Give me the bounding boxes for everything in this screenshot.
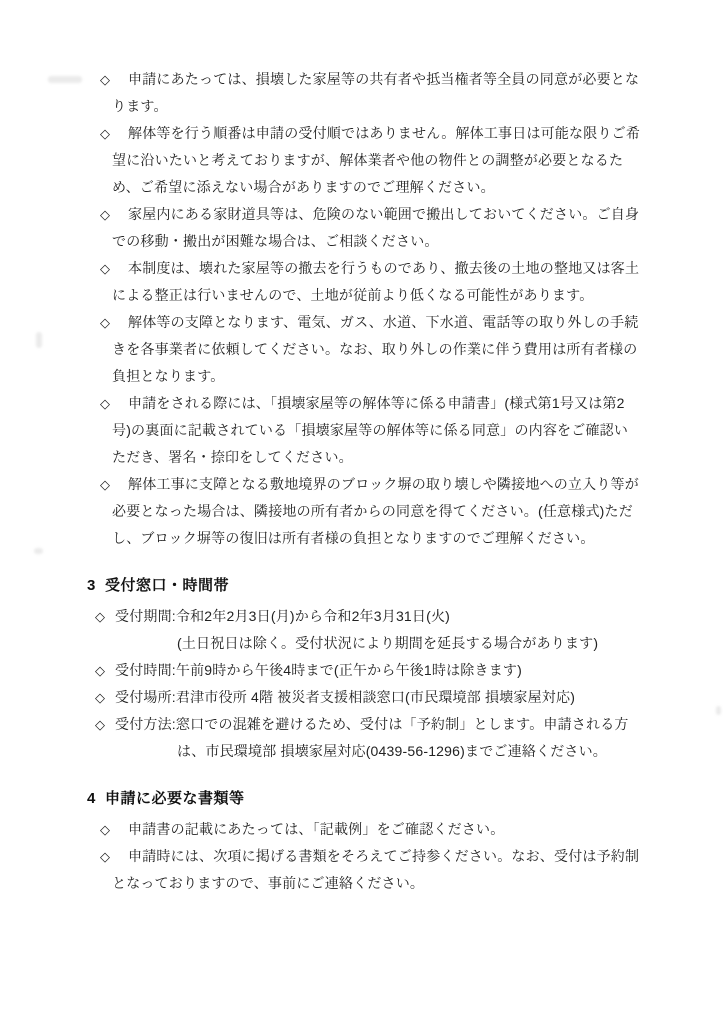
note-item: ◇申請をされる際には、「損壊家屋等の解体等に係る申請書」(様式第1号又は第2号)… xyxy=(112,390,642,471)
document-page: ◇申請にあたっては、損壊した家屋等の共有者や抵当権者等全員の同意が必要となります… xyxy=(0,0,724,1024)
diamond-bullet-icon: ◇ xyxy=(100,471,128,498)
section-number: 3 xyxy=(87,572,105,599)
reception-method-cont: は、市民環境部 損壊家屋対応(0439-56-1296)までご連絡ください。 xyxy=(0,738,724,765)
note-text: 申請書の記載にあたっては、「記載例」をご確認ください。 xyxy=(128,821,504,837)
diamond-bullet-icon: ◇ xyxy=(100,120,128,147)
note-text: 申請時には、次項に掲げる書類をそろえてご持参ください。なお、受付は予約制となって… xyxy=(112,848,639,891)
diamond-bullet-icon: ◇ xyxy=(100,390,128,417)
note-text: 申請をされる際には、「損壊家屋等の解体等に係る申請書」(様式第1号又は第2号)の… xyxy=(112,395,628,465)
note-item: ◇家屋内にある家財道具等は、危険のない範囲で搬出しておいてください。ご自身での移… xyxy=(112,201,642,255)
diamond-bullet-icon: ◇ xyxy=(100,255,128,282)
note-text: 解体工事に支障となる敷地境界のブロック塀の取り壊しや隣接地への立入り等が必要とな… xyxy=(112,476,639,546)
reception-period-note: (土日祝日は除く。受付状況により期間を延長する場合があります) xyxy=(0,630,724,657)
reception-hours-line: ◇受付時間:午前9時から午後4時まで(正午から午後1時は除きます) xyxy=(0,657,724,684)
diamond-bullet-icon: ◇ xyxy=(95,684,115,711)
note-item: ◇本制度は、壊れた家屋等の撤去を行うものであり、撤去後の土地の整地又は客土による… xyxy=(112,255,642,309)
reception-place-line: ◇受付場所:君津市役所 4階 被災者支援相談窓口(市民環境部 損壊家屋対応) xyxy=(0,684,724,711)
note-item: ◇解体等を行う順番は申請の受付順ではありません。解体工事日は可能な限りご希望に沿… xyxy=(112,120,642,201)
diamond-bullet-icon: ◇ xyxy=(100,309,128,336)
reception-line-text: 受付期間:令和2年2月3日(月)から令和2年3月31日(火) xyxy=(115,608,450,624)
section-title: 申請に必要な書類等 xyxy=(105,790,245,807)
diamond-bullet-icon: ◇ xyxy=(100,843,128,870)
note-item: ◇解体工事に支障となる敷地境界のブロック塀の取り壊しや隣接地への立入り等が必要と… xyxy=(112,471,642,552)
diamond-bullet-icon: ◇ xyxy=(95,657,115,684)
reception-period-line: ◇受付期間:令和2年2月3日(月)から令和2年3月31日(火) xyxy=(0,603,724,630)
section-heading-reception: 3受付窓口・時間帯 xyxy=(87,572,724,599)
section-title: 受付窓口・時間帯 xyxy=(105,577,229,594)
diamond-bullet-icon: ◇ xyxy=(100,201,128,228)
reception-line-text: 受付場所:君津市役所 4階 被災者支援相談窓口(市民環境部 損壊家屋対応) xyxy=(115,689,575,705)
note-item: ◇申請にあたっては、損壊した家屋等の共有者や抵当権者等全員の同意が必要となります… xyxy=(112,66,642,120)
note-text: 申請にあたっては、損壊した家屋等の共有者や抵当権者等全員の同意が必要となります。 xyxy=(112,71,639,114)
reception-section: 3受付窓口・時間帯 ◇受付期間:令和2年2月3日(月)から令和2年3月31日(火… xyxy=(0,572,724,765)
note-item: ◇申請書の記載にあたっては、「記載例」をご確認ください。 xyxy=(112,816,642,843)
reception-line-text: 受付方法:窓口での混雑を避けるため、受付は「予約制」とします。申請される方 xyxy=(115,716,629,732)
section-number: 4 xyxy=(87,785,105,812)
notes-section: ◇申請にあたっては、損壊した家屋等の共有者や抵当権者等全員の同意が必要となります… xyxy=(0,66,724,552)
diamond-bullet-icon: ◇ xyxy=(95,711,115,738)
note-text: 本制度は、壊れた家屋等の撤去を行うものであり、撤去後の土地の整地又は客土による整… xyxy=(112,260,639,303)
documents-section: 4申請に必要な書類等 ◇申請書の記載にあたっては、「記載例」をご確認ください。 … xyxy=(0,785,724,897)
note-item: ◇申請時には、次項に掲げる書類をそろえてご持参ください。なお、受付は予約制となっ… xyxy=(112,843,642,897)
reception-line-text: は、市民環境部 損壊家屋対応(0439-56-1296)までご連絡ください。 xyxy=(177,743,607,759)
diamond-bullet-icon: ◇ xyxy=(95,603,115,630)
note-item: ◇解体等の支障となります、電気、ガス、水道、下水道、電話等の取り外しの手続きを各… xyxy=(112,309,642,390)
reception-line-text: (土日祝日は除く。受付状況により期間を延長する場合があります) xyxy=(177,635,598,651)
diamond-bullet-icon: ◇ xyxy=(100,816,128,843)
note-text: 家屋内にある家財道具等は、危険のない範囲で搬出しておいてください。ご自身での移動… xyxy=(112,206,639,249)
diamond-bullet-icon: ◇ xyxy=(100,66,128,93)
reception-method-line: ◇受付方法:窓口での混雑を避けるため、受付は「予約制」とします。申請される方 xyxy=(0,711,724,738)
note-text: 解体等を行う順番は申請の受付順ではありません。解体工事日は可能な限りご希望に沿い… xyxy=(112,125,640,195)
note-text: 解体等の支障となります、電気、ガス、水道、下水道、電話等の取り外しの手続きを各事… xyxy=(112,314,639,384)
section-heading-documents: 4申請に必要な書類等 xyxy=(87,785,724,812)
reception-line-text: 受付時間:午前9時から午後4時まで(正午から午後1時は除きます) xyxy=(115,662,522,678)
